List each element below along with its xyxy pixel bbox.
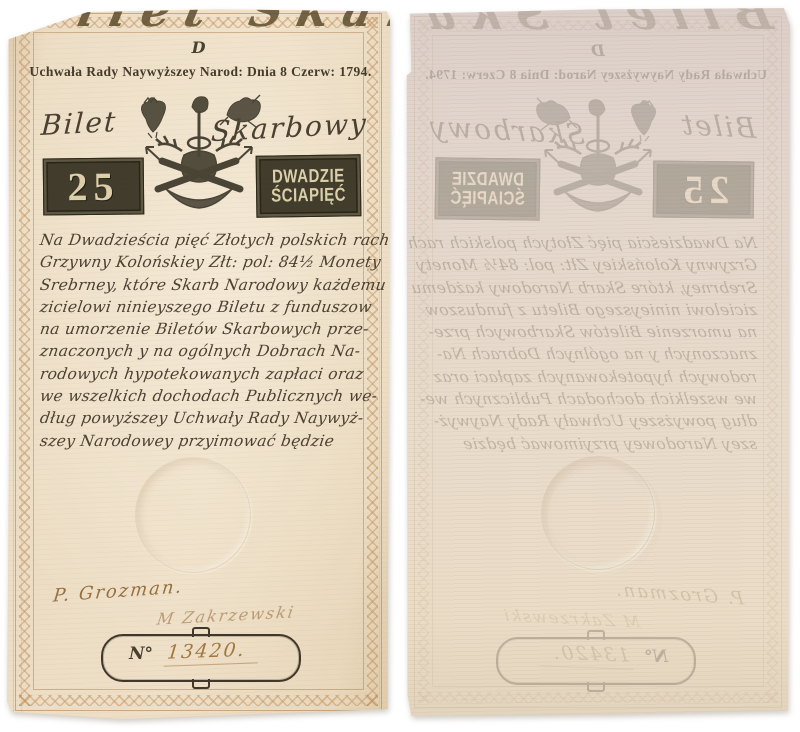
body-line: Na Dwadzieścia pięć Złotych polskich rac…	[433, 232, 758, 254]
body-line: Na Dwadzieścia pięć Złotych polskich rac…	[38, 229, 363, 251]
body-line: Srebrney, które Skarb Narodowy każdemu U…	[433, 277, 758, 299]
denomination-numeral: 25	[677, 166, 729, 214]
body-line: Srebrney, które Skarb Narodowy każdemu U…	[38, 274, 363, 296]
series-letter: D	[406, 41, 790, 60]
serial-prefix: N°	[129, 644, 153, 664]
body-line: zicielowi ninieyszego Biletu z funduszow	[433, 299, 758, 321]
garland-swag	[166, 189, 232, 208]
note-front-content: Bilet Skarbowy D Uchwała Rady Naywyższey…	[7, 5, 390, 719]
decree-header: Uchwała Rady Naywyższey Narod: Dnia 8 Cz…	[25, 64, 376, 80]
title-word-bilet: Bilet	[40, 105, 118, 142]
zigzag-border-left	[767, 20, 778, 703]
body-line: na umorzenie Biletów Skarbowych prze-	[38, 318, 363, 340]
embossed-seal-icon	[541, 456, 655, 570]
denomination-word-line2: ŚCIAPIĘĆ	[450, 186, 525, 211]
note-front: Bilet Skarbowy D Uchwała Rady Naywyższey…	[7, 5, 390, 719]
body-line: rodowych hypotekowanych zapłaci oraz	[433, 366, 758, 388]
eagle-icon	[141, 98, 165, 138]
serial-number-cartouche: N° 13420.	[496, 637, 696, 685]
back-bleed-through: Bilet Skarbowy D Uchwała Rady Naywyższey…	[406, 8, 790, 716]
embossed-seal-icon	[135, 457, 251, 573]
body-line: Grzywny Kolońskiey Złt: pol: 84½ Monety	[38, 251, 363, 273]
denomination-word-line2: ŚCIAPIĘĆ	[271, 183, 346, 208]
central-mound	[181, 151, 216, 182]
body-line: szey Narodowey przyimować będzie	[38, 430, 363, 452]
serial-prefix: N°	[644, 647, 668, 667]
central-mound	[580, 154, 615, 185]
zigzag-border-bottom	[19, 695, 378, 706]
obligation-paragraph: Na Dwadzieścia pięć Złotych polskich rac…	[40, 229, 362, 452]
body-line: na umorzenie Biletów Skarbowych prze-	[433, 321, 758, 343]
obligation-paragraph: Na Dwadzieścia pięć Złotych polskich rac…	[435, 232, 757, 455]
zigzag-border-bottom	[418, 692, 778, 703]
denomination-numeral: 25	[67, 163, 119, 211]
pahonia-knight-icon	[220, 95, 260, 130]
liberty-cap-icon	[587, 100, 609, 160]
denomination-word-plate: DWADZIE ŚCIAPIĘĆ	[435, 157, 541, 220]
pahonia-knight-icon	[537, 98, 577, 133]
body-line: we wszelkich dochodach Publicznych we-	[433, 388, 758, 410]
serial-number: 13420.	[536, 641, 633, 669]
body-line: szey Narodowey przyimować będzie	[433, 433, 758, 455]
national-emblem-icon	[124, 91, 274, 223]
eagle-icon	[632, 101, 656, 141]
antler-right	[555, 139, 581, 154]
series-letter: D	[7, 38, 390, 57]
title-word-bilet: Bilet	[679, 108, 757, 145]
cartouche-brace-bottom	[587, 682, 605, 692]
cartouche-brace-top	[192, 627, 210, 637]
liberty-cap-icon	[188, 97, 210, 157]
body-line: rodowych hypotekowanych zapłaci oraz	[38, 363, 363, 385]
note-back: Bilet Skarbowy D Uchwała Rady Naywyższey…	[406, 8, 790, 716]
cartouche-brace-bottom	[192, 679, 210, 689]
antler-left	[156, 136, 182, 151]
garland-swag	[565, 192, 631, 211]
denomination-numeral-plate: 25	[43, 157, 145, 215]
decree-header: Uchwała Rady Naywyższey Narod: Dnia 8 Cz…	[420, 67, 772, 83]
antler-right	[216, 136, 242, 151]
note-front-content: Bilet Skarbowy D Uchwała Rady Naywyższey…	[406, 8, 790, 716]
national-emblem-icon	[523, 94, 673, 226]
body-line: dług powyższey Uchwały Rady Naywyż-	[433, 410, 758, 432]
serial-number-cartouche: N° 13420.	[101, 634, 301, 682]
zigzag-border-left	[19, 17, 30, 706]
body-line: znaczonych y na ogólnych Dobrach Na-	[433, 343, 758, 365]
body-line: we wszelkich dochodach Publicznych we-	[38, 385, 363, 407]
body-line: zicielowi ninieyszego Biletu z funduszow	[38, 296, 363, 318]
denomination-numeral-plate: 25	[653, 160, 755, 218]
body-line: znaczonych y na ogólnych Dobrach Na-	[38, 340, 363, 362]
cartouche-brace-top	[587, 630, 605, 640]
serial-number: 13420.	[164, 638, 261, 666]
denomination-word-plate: DWADZIE ŚCIAPIĘĆ	[256, 154, 362, 217]
body-line: Grzywny Kolońskiey Złt: pol: 84½ Monety	[433, 254, 758, 276]
body-line: dług powyższey Uchwały Rady Naywyż-	[38, 407, 363, 429]
zigzag-border-right	[367, 17, 378, 706]
antler-left	[615, 139, 641, 154]
